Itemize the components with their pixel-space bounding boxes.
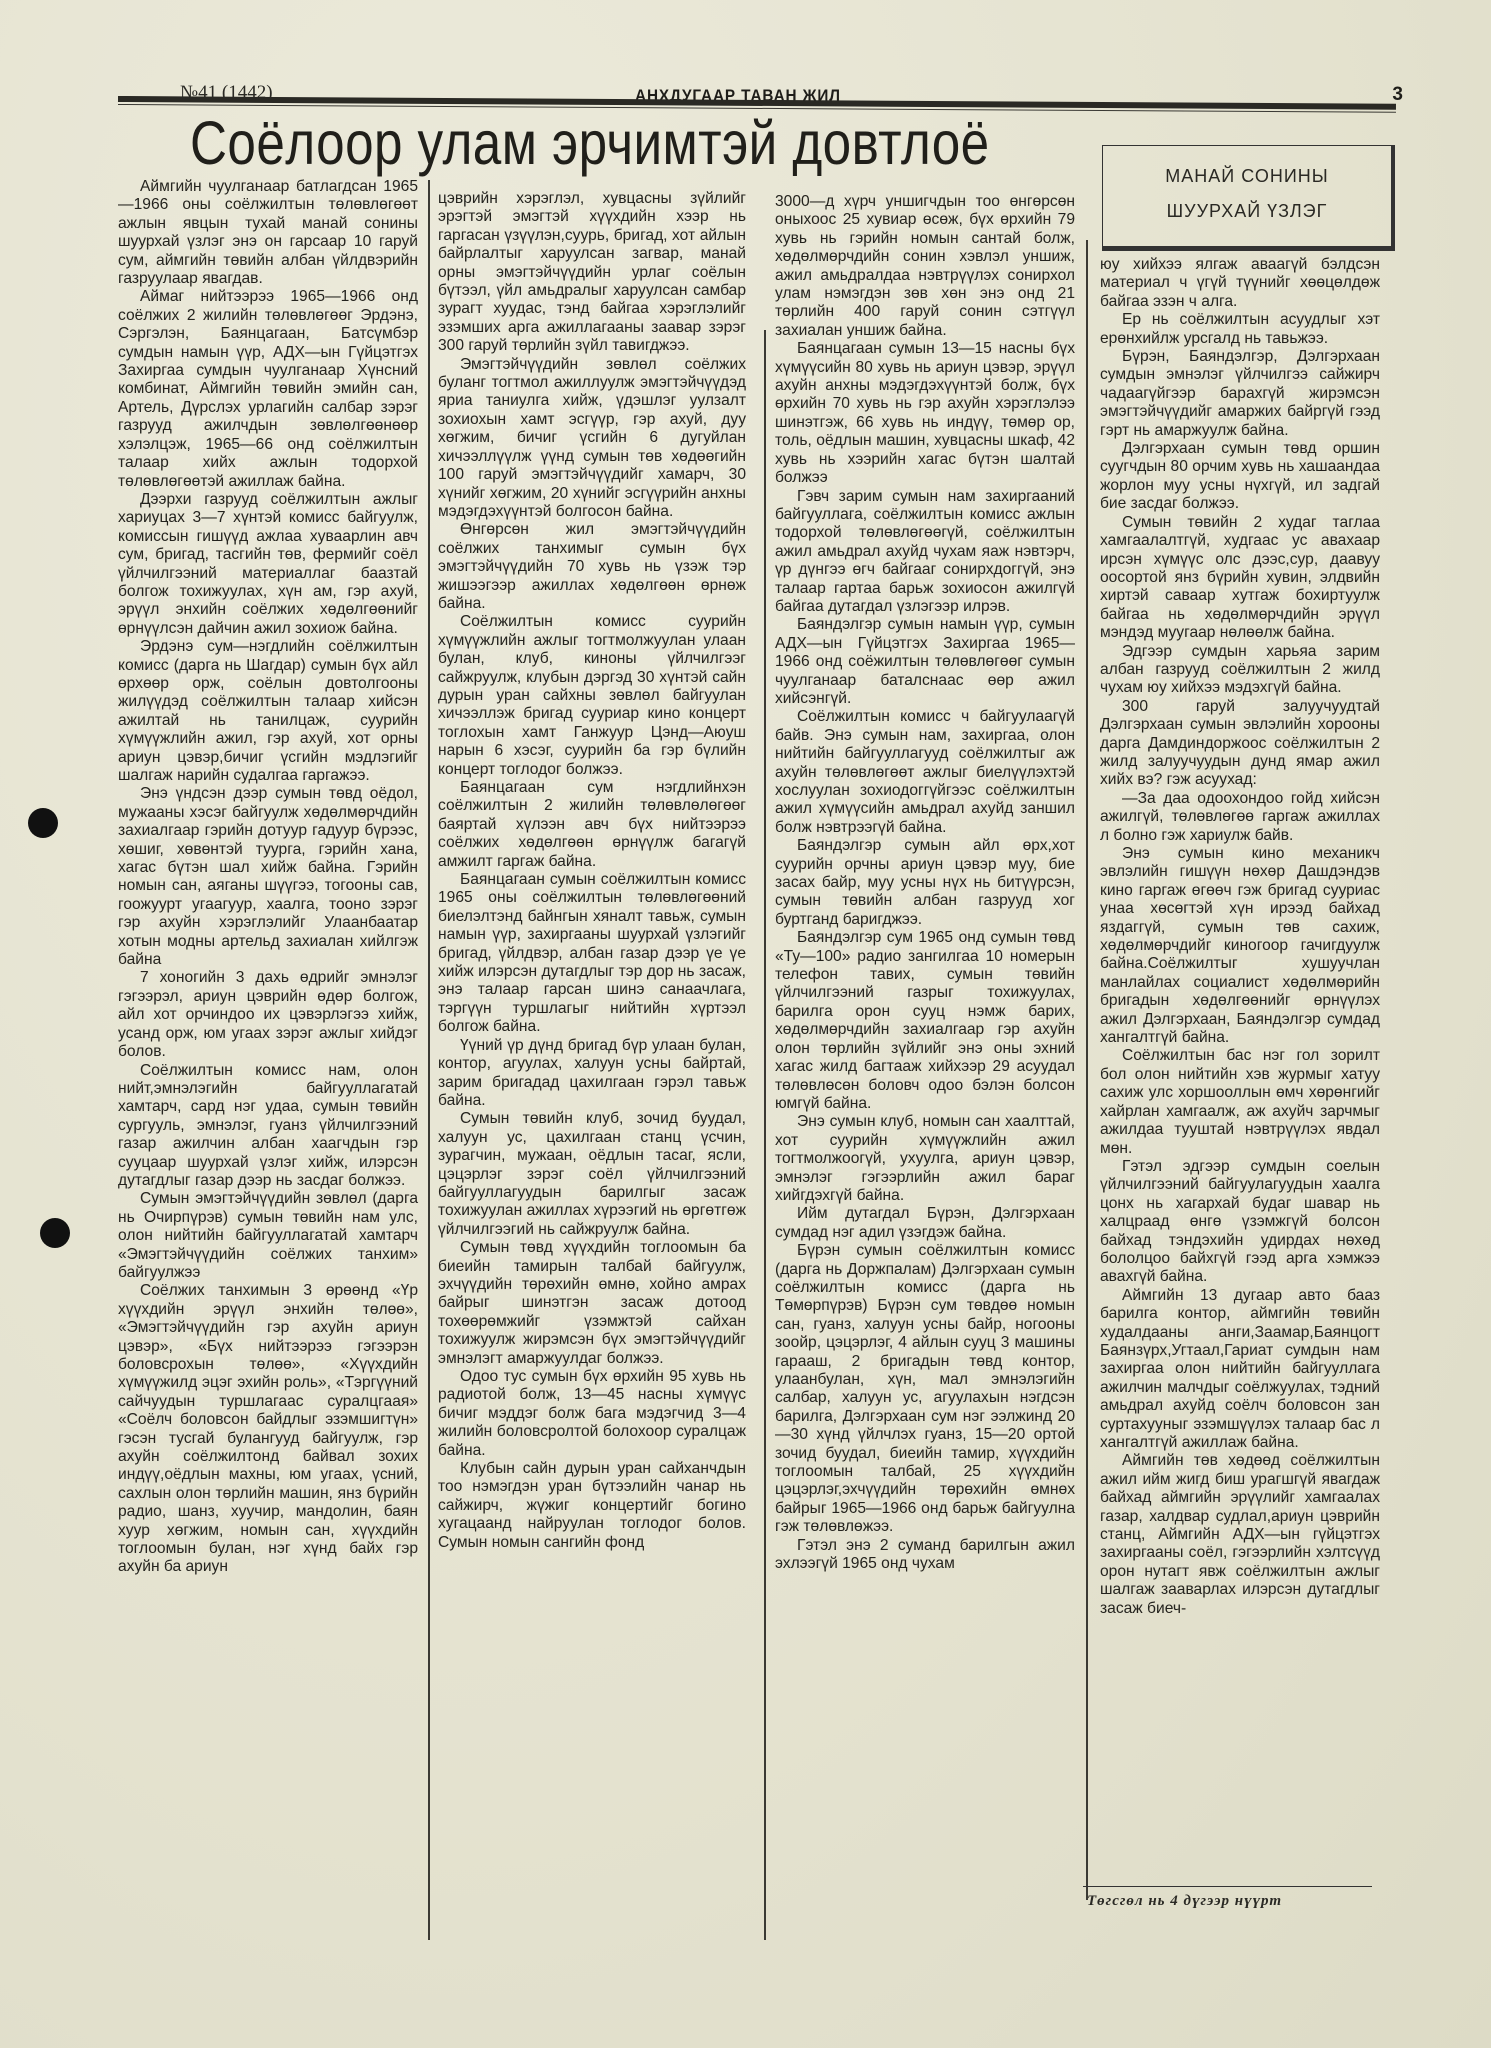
article-paragraph: Баяндэлгэр сумын айл өрх,хот суурийн орч… xyxy=(775,837,1075,929)
article-paragraph: Өнгөрсөн жил эмэгтэйчүүдийн соёлжих танх… xyxy=(438,521,746,613)
article-paragraph: Сумын төвийн клуб, зочид буудал, халуун … xyxy=(438,1110,746,1239)
article-paragraph: Гэтэл эдгээр сумдын соелын үйлчилгээний … xyxy=(1100,1158,1380,1287)
rubric-box: МАНАЙ СОНИНЫ ШУУРХАЙ ҮЗЛЭГ xyxy=(1102,145,1395,251)
article-paragraph: Соёлжилтын комисс суурийн хүмүүжлийн ажл… xyxy=(438,613,746,779)
article-paragraph: 3000—д хүрч уншигчдын тоо өнгөрсөн оныхо… xyxy=(775,193,1075,340)
article-paragraph: Сумын төвд хүүхдийн тоглоомын ба биеийн … xyxy=(438,1239,746,1368)
article-paragraph: Баяндэлгэр сум 1965 онд сумын төвд «Ту—1… xyxy=(775,929,1075,1113)
article-paragraph: Энэ сумын клуб, номын сан хаалттай, хот … xyxy=(775,1113,1075,1205)
article-paragraph: Баянцагаан сумын соёлжилтын комисс 1965 … xyxy=(438,871,746,1037)
article-column-4: юу хийхээ ялгаж аваагүй бэлдсэн материал… xyxy=(1100,256,1380,1618)
article-paragraph: Соёлжих танхимын 3 өрөөнд «Үр хүүхдийн э… xyxy=(118,1282,418,1577)
article-paragraph: Эрдэнэ сум—нэгдлийн соёлжилтын комисс (д… xyxy=(118,638,418,785)
article-paragraph: цэврийн хэрэглэл, хувцасны зүйлийг эрэгт… xyxy=(438,190,746,356)
article-column-2: цэврийн хэрэглэл, хувцасны зүйлийг эрэгт… xyxy=(438,190,746,1552)
article-paragraph: Аймгийн төв хөдөөд соёлжилтын ажил ийм ж… xyxy=(1100,1452,1380,1618)
article-paragraph: Эдгээр сумдын харьяа зарим албан газрууд… xyxy=(1100,643,1380,698)
article-paragraph: Дэлгэрхаан сумын төвд оршин суугчдын 80 … xyxy=(1100,440,1380,514)
article-column-1: Аймгийн чуулганаар батлагдсан 1965—1966 … xyxy=(118,178,418,1577)
article-paragraph: Аймаг нийтээрээ 1965—1966 онд соёлжих 2 … xyxy=(118,288,418,490)
punch-hole xyxy=(28,808,58,838)
article-paragraph: Сумын төвийн 2 худаг таглаа хамгаалалтгү… xyxy=(1100,514,1380,643)
punch-hole xyxy=(40,1218,70,1248)
continued-note: Төгсгөл нь 4 дүгээр нүүрт xyxy=(1083,1886,1372,1910)
article-paragraph: —За даа одоохондоо гойд хийсэн ажилгүй, … xyxy=(1100,790,1380,845)
article-paragraph: Гэтэл энэ 2 суманд барилгын ажил эхлээгү… xyxy=(775,1537,1075,1574)
article-paragraph: Энэ сумын кино механикч эвлэлийн гишүүн … xyxy=(1100,845,1380,1047)
article-paragraph: Ийм дутагдал Бүрэн, Дэлгэрхаан сумдад нэ… xyxy=(775,1205,1075,1242)
article-paragraph: Дээрхи газрууд соёлжилтын ажлыг хариуцах… xyxy=(118,491,418,638)
article-paragraph: Үүний үр дүнд бригад бүр улаан булан, ко… xyxy=(438,1037,746,1111)
article-paragraph: Сумын эмэгтэйчүүдийн зөвлөл (дарга нь Оч… xyxy=(118,1190,418,1282)
article-paragraph: 7 хоногийн 3 дахь өдрийг эмнэлэг гэгээрэ… xyxy=(118,969,418,1061)
article-paragraph: Одоо тус сумын бүх өрхийн 95 хувь нь рад… xyxy=(438,1368,746,1460)
article-paragraph: Ер нь соёлжилтын асуудлыг хэт ерөнхийлж … xyxy=(1100,311,1380,348)
article-paragraph: Баянцагаан сумын 13—15 насны бүх хүмүүси… xyxy=(775,340,1075,487)
article-paragraph: Аймгийн 13 дугаар авто бааз барилга конт… xyxy=(1100,1287,1380,1453)
article-paragraph: Клубын сайн дурын уран сайханчдын тоо нэ… xyxy=(438,1460,746,1552)
article-paragraph: 300 гаруй залуучуудтай Дэлгэрхаан сумын … xyxy=(1100,698,1380,790)
article-paragraph: Энэ үндсэн дээр сумын төвд оёдол, мужаан… xyxy=(118,785,418,969)
column-divider xyxy=(1086,240,1088,1900)
article-paragraph: Бүрэн, Баяндэлгэр, Дэлгэрхаан сумдын эмн… xyxy=(1100,348,1380,440)
article-paragraph: Гэвч зарим сумын нам захиргааний байгуул… xyxy=(775,488,1075,617)
article-paragraph: юу хийхээ ялгаж аваагүй бэлдсэн материал… xyxy=(1100,256,1380,311)
article-paragraph: Соёлжилтын комисс нам, олон нийт,эмнэлэг… xyxy=(118,1062,418,1191)
article-paragraph: Баяндэлгэр сумын намын үүр, сумын АДХ—ын… xyxy=(775,616,1075,708)
article-paragraph: Аймгийн чуулганаар батлагдсан 1965—1966 … xyxy=(118,178,418,288)
article-paragraph: Соёлжилтын комисс ч байгуулаагүй байв. Э… xyxy=(775,708,1075,837)
article-paragraph: Соёлжилтын бас нэг гол зорилт бол олон н… xyxy=(1100,1047,1380,1157)
column-divider xyxy=(428,180,430,1940)
article-paragraph: Бүрэн сумын соёлжилтын комисс (дарга нь … xyxy=(775,1242,1075,1537)
article-paragraph: Баянцагаан сум нэгдлийнхэн соёлжилтын 2 … xyxy=(438,779,746,871)
article-column-3: 3000—д хүрч уншигчдын тоо өнгөрсөн оныхо… xyxy=(775,193,1075,1573)
rubric-line-1: МАНАЙ СОНИНЫ xyxy=(1103,166,1391,187)
page-number: 3 xyxy=(1392,84,1403,106)
article-paragraph: Эмэгтэйчүүдийн зөвлөл соёлжих буланг тог… xyxy=(438,356,746,522)
rubric-line-2: ШУУРХАЙ ҮЗЛЭГ xyxy=(1103,201,1391,222)
headline: Соёлоор улам эрчимтэй довтлоё xyxy=(190,108,990,178)
column-divider xyxy=(764,330,766,1940)
